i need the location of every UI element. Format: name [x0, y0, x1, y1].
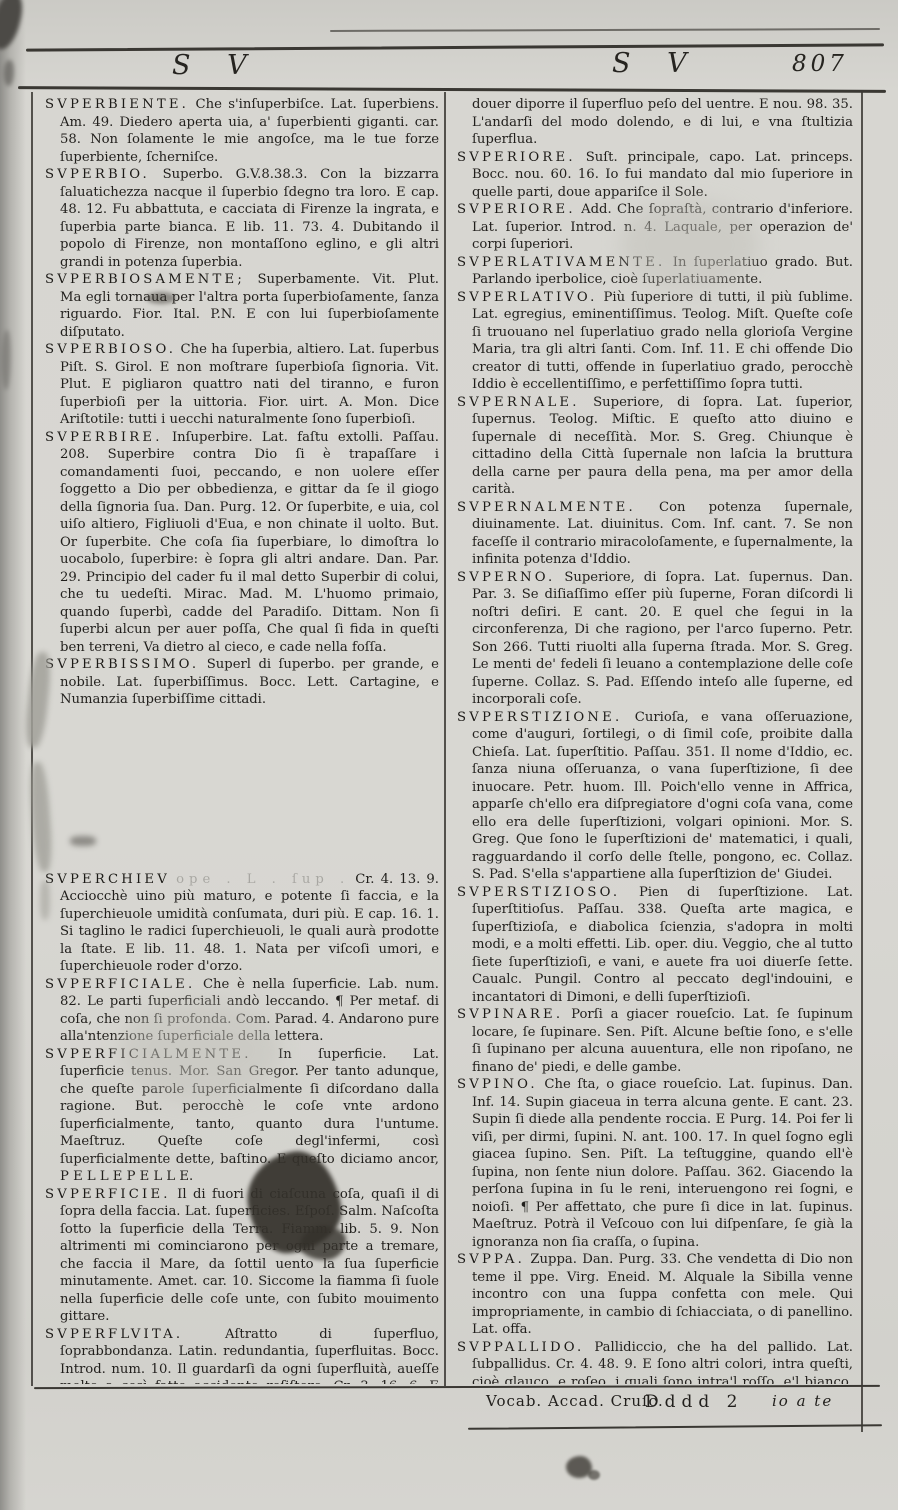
- entry-body: Curioſa, e vana oſſeruazione, come d'aug…: [472, 710, 853, 883]
- entry-headword: SVPERBIENTE.: [45, 97, 189, 112]
- entry-headword: SVPERFLVITA.: [45, 1327, 183, 1342]
- entry-headword: SVPERSTIZIOSO.: [457, 885, 620, 900]
- dictionary-entry: douer diporre il ſuperfluo peſo del uent…: [457, 96, 853, 149]
- footer-catchword: io a te: [772, 1392, 833, 1410]
- dictionary-entry: SVPERBIOSO. Che ha ſuperbia, altiero. La…: [45, 341, 439, 429]
- entry-headword: SVPERBIOSAMENTE;: [45, 272, 245, 287]
- column-rule: [861, 92, 863, 1432]
- entry-headword: SVPERNO.: [457, 570, 555, 585]
- dictionary-entry: SVPERBIO. Superbo. G.V.8.38.3. Con la bi…: [45, 166, 439, 271]
- dictionary-entry: SVPPALLIDO. Pallidiccio, che ha del pall…: [457, 1339, 853, 1385]
- entry-headword: SVPINO.: [457, 1077, 538, 1092]
- entry-headword: SVPERBISSIMO.: [45, 657, 199, 672]
- entry-body: Superiore, di ſopra. Lat. ſupernus. Dan.…: [472, 570, 853, 708]
- footer-imprint: Vocab. Accad. Cruſc.: [486, 1392, 664, 1410]
- entry-body: Inſuperbire. Lat. faſtu extolli. Paſſau.…: [60, 430, 439, 655]
- entry-body: douer diporre il ſuperfluo peſo del uent…: [472, 97, 853, 147]
- entry-headword: SVPERSTIZIONE.: [457, 710, 622, 725]
- entry-headword: SVPERNALMENTE.: [457, 500, 636, 515]
- dictionary-entry: SVPERSTIZIOSO. Pien di ſuperſtizione. La…: [457, 884, 853, 1007]
- dictionary-entry: SVPERNO. Superiore, di ſopra. Lat. ſuper…: [457, 569, 853, 709]
- column-right: douer diporre il ſuperfluo peſo del uent…: [457, 96, 853, 1384]
- ink-blot: [146, 292, 176, 304]
- dictionary-entry: SVPPA. Zuppa. Dan. Purg. 33. Che vendett…: [457, 1251, 853, 1339]
- column-rule: [444, 92, 446, 1386]
- footer-signature: Dddd 2: [645, 1392, 744, 1412]
- entry-headword: SVPPA.: [457, 1252, 525, 1267]
- faded-worn-text: ope . L . ſup .: [176, 872, 349, 887]
- dictionary-entry: SVPERIORE. Suſt. principale, capo. Lat. …: [457, 149, 853, 202]
- dictionary-entry: SVPERNALE. Superiore, di ſopra. Lat. ſup…: [457, 394, 853, 499]
- entry-headword: SVPERFICIALE.: [45, 977, 195, 992]
- dictionary-entry: SVPERBISSIMO. Superl di ſuperbo. per gra…: [45, 656, 439, 709]
- entry-headword: SVPERIORE.: [457, 150, 576, 165]
- dictionary-entry: SVPERCHIEV ope . L . ſup . Cr. 4. 13. 9.…: [45, 871, 439, 976]
- margin-smudge: [70, 836, 96, 846]
- scanned-page: S V S V 807 SVPERBIENTE. Che s'inſuperbi…: [0, 0, 898, 1510]
- ink-blot: [588, 1470, 600, 1480]
- entry-body: Che ſta, o giace roueſcio. Lat. ſupinus.…: [472, 1077, 853, 1250]
- book-gutter-shadow: [0, 0, 26, 1510]
- entry-headword: SVPPALLIDO.: [457, 1340, 584, 1355]
- entry-headword: SVPERLATIVO.: [457, 290, 597, 305]
- dictionary-entry: SVPERNALMENTE. Con potenza ſupernale, di…: [457, 499, 853, 569]
- footer-rule: [468, 1424, 882, 1430]
- entry-headword: SVPINARE.: [457, 1007, 563, 1022]
- dictionary-entry: SVPERBIOSAMENTE; Superbamente. Vit. Plut…: [45, 271, 439, 341]
- dictionary-entry: SVPERBIRE. Inſuperbire. Lat. faſtu extol…: [45, 429, 439, 657]
- entry-body: Zuppa. Dan. Purg. 33. Che vendetta di Di…: [472, 1252, 853, 1337]
- dictionary-entry: SVPERBIENTE. Che s'inſuperbiſce. Lat. ſu…: [45, 96, 439, 166]
- dictionary-entry: SVPERFICIE. Il di fuori di ciaſcuna coſa…: [45, 1186, 439, 1326]
- entry-body: Superbo. G.V.8.38.3. Con la bizzarra ſal…: [60, 167, 439, 270]
- dictionary-entry: SVPINO. Che ſta, o giace roueſcio. Lat. …: [457, 1076, 853, 1251]
- dictionary-entry: SVPINARE. Porſi a giacer roueſcio. Lat. …: [457, 1006, 853, 1076]
- dictionary-entry: SVPERFLVITA. Aſtratto di ſuperfluo, ſopr…: [45, 1326, 439, 1385]
- page-footer: Vocab. Accad. Cruſc. Dddd 2 io a te: [0, 1392, 898, 1418]
- entry-headword: SVPERIORE.: [457, 202, 576, 217]
- dictionary-entry: SVPERLATIVO. Più ſuperiore di tutti, il …: [457, 289, 853, 394]
- entry-headword: SVPERFICIE.: [45, 1187, 171, 1202]
- entry-headword: SVPERBIRE.: [45, 430, 163, 445]
- paper-stain: [620, 200, 760, 290]
- entry-body: Pien di ſuperſtizione. Lat. ſuperſtitioſ…: [472, 885, 853, 1005]
- column-left: SVPERBIENTE. Che s'inſuperbiſce. Lat. ſu…: [45, 96, 439, 1384]
- page-number: 807: [792, 51, 848, 77]
- entry-headword: SVPERCHIEV: [45, 872, 170, 887]
- running-title-left: S V: [172, 50, 261, 81]
- header-rule: [330, 28, 880, 32]
- page-header: S V S V 807: [0, 48, 898, 88]
- entry-headword: SVPERNALE.: [457, 395, 580, 410]
- entry-headword: SVPERBIO.: [45, 167, 150, 182]
- entry-headword: SVPERBIOSO.: [45, 342, 176, 357]
- running-title-right: S V: [612, 48, 701, 79]
- footer-rule: [34, 1385, 880, 1389]
- dictionary-entry: SVPERSTIZIONE. Curioſa, e vana oſſeruazi…: [457, 709, 853, 884]
- paper-stain: [120, 1000, 280, 1100]
- margin-smudge: [40, 880, 50, 920]
